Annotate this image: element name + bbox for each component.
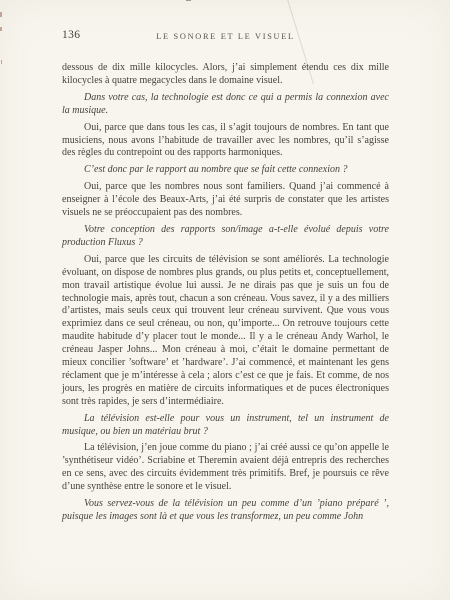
paragraph: Oui, parce que les nombres nous sont fam…: [62, 181, 389, 220]
paragraph: Oui, parce que les circuits de télévisio…: [62, 254, 389, 409]
paragraph: La télévision, j’en joue comme du piano …: [62, 442, 389, 494]
paragraph: dessous de dix mille kilocycles. Alors, …: [62, 62, 389, 88]
paragraph: La télévision est-elle pour vous un inst…: [62, 413, 389, 439]
paragraph: Dans votre cas, la technologie est donc …: [62, 92, 389, 118]
scan-artifact: [0, 27, 2, 31]
scan-artifact: [1, 60, 2, 64]
running-title: LE SONORE ET LE VISUEL: [62, 32, 389, 41]
scan-artifact: [186, 0, 191, 1]
page-body: dessous de dix mille kilocycles. Alors, …: [62, 62, 389, 528]
scan-artifact: [0, 12, 2, 17]
page-header: 136 LE SONORE ET LE VISUEL: [62, 29, 389, 45]
book-page: 136 LE SONORE ET LE VISUEL dessous de di…: [0, 0, 450, 600]
paragraph: C’est donc par le rapport au nombre que …: [62, 164, 389, 177]
paragraph: Vous servez-vous de la télévision un peu…: [62, 498, 389, 524]
paragraph: Votre conception des rapports son/image …: [62, 224, 389, 250]
paragraph: Oui, parce que dans tous les cas, il s’a…: [62, 122, 389, 161]
